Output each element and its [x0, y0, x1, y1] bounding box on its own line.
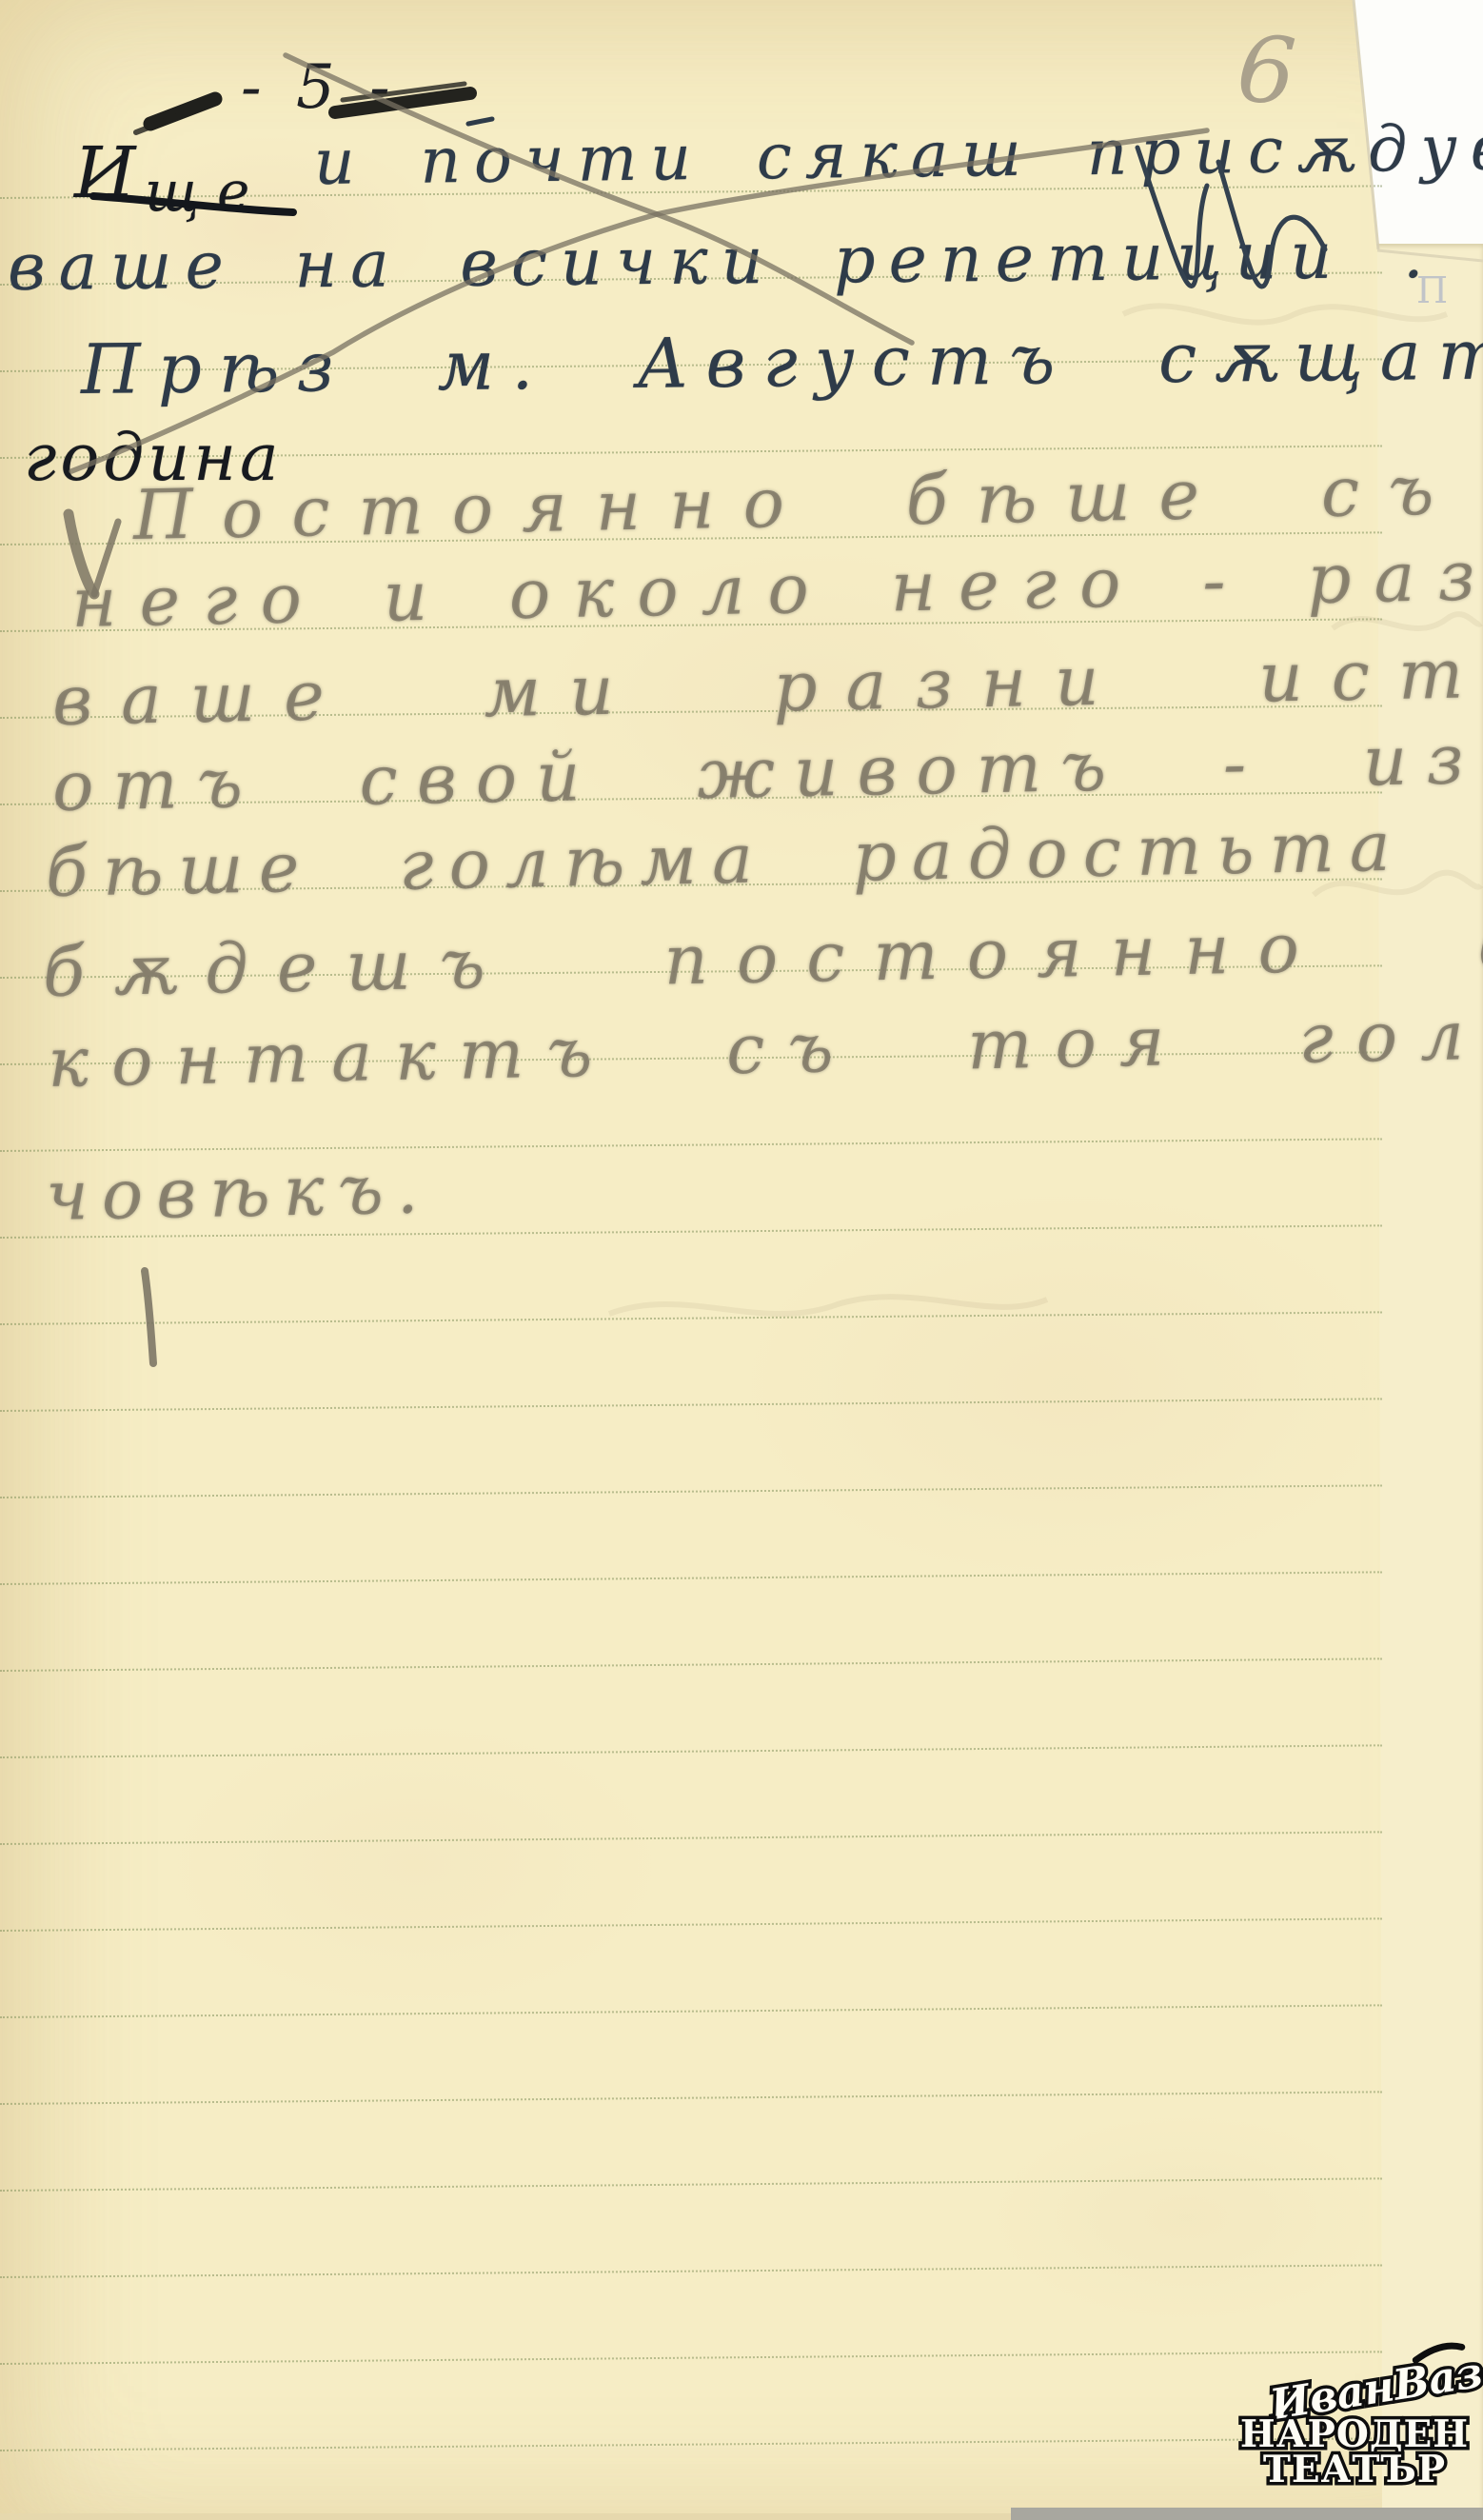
ink-accent-dash [468, 119, 492, 124]
paper-right-edge [1354, 0, 1378, 249]
under-sheet-top-edge [1377, 250, 1483, 261]
insertion-checkmark [69, 514, 118, 594]
ink-strikethrough [93, 196, 293, 212]
pencil-vertical-stroke [145, 1271, 153, 1363]
strike-dash-left [136, 99, 215, 132]
bleed-through-marks [609, 306, 1481, 1314]
stamp-line-2: ТЕАТЪР [1263, 2448, 1446, 2491]
pencil-x-cancellation [71, 55, 1207, 471]
ink-flourish [1137, 148, 1325, 287]
national-theatre-stamp: ИванВазов НАРОДЕН ТЕАТЪР [1233, 2340, 1483, 2502]
annotation-strokes [0, 0, 1483, 2520]
